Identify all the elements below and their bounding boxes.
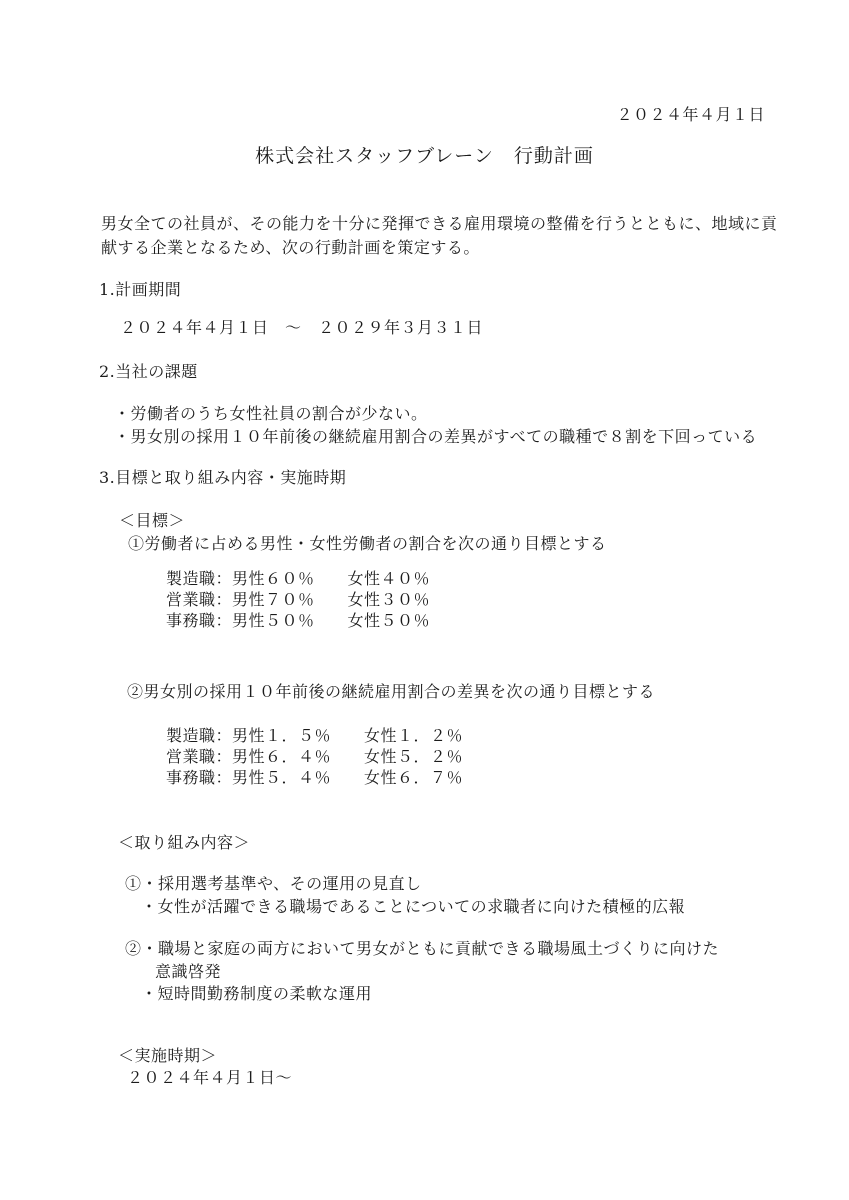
issue-item: ・労働者のうち女性社員の割合が少ない。 <box>114 404 428 424</box>
issue-item: ・男女別の採用１０年前後の継続雇用割合の差異がすべての職種で８割を下回っている <box>114 427 757 447</box>
plan-period-value: ２０２４年４月１日 ～ ２０２９年３月３１日 <box>120 318 483 338</box>
document-title: 株式会社スタッフブレーン 行動計画 <box>0 145 849 169</box>
action-1-line: ・女性が活躍できる職場であることについての求職者に向けた積極的広報 <box>141 897 685 917</box>
action-1-line: ①・採用選考基準や、その運用の見直し <box>125 874 422 894</box>
document-date: ２０２４年４月１日 <box>616 105 765 125</box>
intro-paragraph-line: 男女全ての社員が、その能力を十分に発揮できる雇用環境の整備を行うとともに、地域に… <box>101 214 778 234</box>
section-goals-heading: 3.目標と取り組み内容・実施時期 <box>99 468 346 488</box>
goal-1-row: 製造職：男性６０％ 女性４０％ <box>166 569 430 589</box>
goal-1-row: 営業職：男性７０％ 女性３０％ <box>166 590 430 610</box>
action-2-line: 意識啓発 <box>155 962 221 982</box>
intro-paragraph-line: 献する企業となるため、次の行動計画を策定する。 <box>101 238 480 258</box>
section-company-issues-heading: 2.当社の課題 <box>99 362 198 382</box>
goal-2-row: 事務職：男性５．４％ 女性６．７％ <box>166 768 463 788</box>
schedule-label: ＜実施時期＞ <box>118 1046 217 1066</box>
schedule-value: ２０２４年４月１日～ <box>127 1068 292 1088</box>
goal-2-row: 製造職：男性１．５％ 女性１．２％ <box>166 726 463 746</box>
goals-label: ＜目標＞ <box>119 511 185 531</box>
action-2-line: ②・職場と家庭の両方において男女がともに貢献できる職場風土づくりに向けた <box>125 939 719 959</box>
actions-label: ＜取り組み内容＞ <box>118 833 250 853</box>
goal-2-lead: ②男女別の採用１０年前後の継続雇用割合の差異を次の通り目標とする <box>127 682 655 702</box>
goal-1-lead: ①労働者に占める男性・女性労働者の割合を次の通り目標とする <box>128 534 607 554</box>
goal-2-row: 営業職：男性６．４％ 女性５．２％ <box>166 747 463 767</box>
section-plan-period-heading: 1.計画期間 <box>99 280 181 300</box>
document-page: ２０２４年４月１日 株式会社スタッフブレーン 行動計画 男女全ての社員が、その能… <box>0 0 849 1200</box>
action-2-line: ・短時間勤務制度の柔軟な運用 <box>141 984 372 1004</box>
goal-1-row: 事務職：男性５０％ 女性５０％ <box>166 611 430 631</box>
